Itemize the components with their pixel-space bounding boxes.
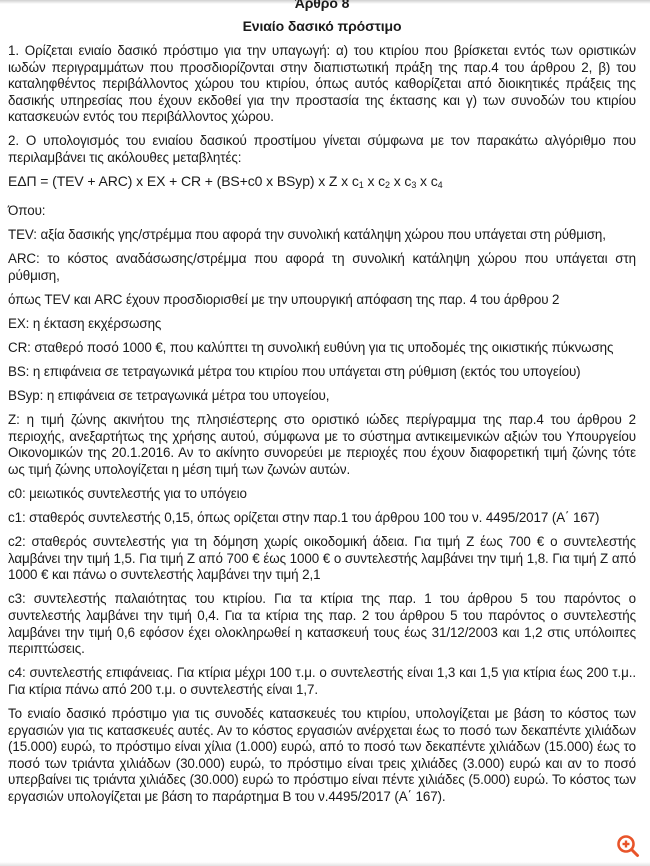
definition-z: Z: η τιμή ζώνης ακινήτου της πλησιέστερη…: [8, 412, 636, 478]
definition-tev: TEV: αξία δασικής γης/στρέμμα που αφορά …: [8, 227, 636, 244]
formula-main: ΕΔΠ = (TEV + ARC) x EX + CR + (BS+c0 x B…: [8, 173, 359, 189]
document-page: Άρθρο 8 Ενιαίο δασικό πρόστιμο 1. Ορίζετ…: [8, 0, 636, 813]
bottom-edge-shadow: [0, 862, 650, 866]
definition-c4: c4: συντελεστής επιφάνειας. Για κτίρια μ…: [8, 665, 636, 698]
paragraph-2: 2. Ο υπολογισμός του ενιαίου δασικού προ…: [8, 133, 636, 166]
where-label: Όπου:: [8, 203, 636, 220]
definition-bs: BS: η επιφάνεια σε τετραγωνικά μέτρα του…: [8, 364, 636, 381]
definition-ex: EX: η έκταση εκχέρσωσης: [8, 316, 636, 333]
zoom-in-icon: [616, 834, 640, 858]
paragraph-final: Το ενιαίο δασικό πρόστιμο για τις συνοδέ…: [8, 706, 636, 806]
definition-c0: c0: μειωτικός συντελεστής για το υπόγειο: [8, 486, 636, 503]
fine-formula: ΕΔΠ = (TEV + ARC) x EX + CR + (BS+c0 x B…: [8, 173, 636, 194]
zoom-in-button[interactable]: [616, 834, 640, 858]
definition-c1: c1: σταθερός συντελεστής 0,15, όπως ορίζ…: [8, 510, 636, 527]
paragraph-1: 1. Ορίζεται ενιαίο δασικό πρόστιμο για τ…: [8, 43, 636, 126]
definition-c2: c2: σταθερός συντελεστής για τη δόμηση χ…: [8, 534, 636, 584]
tev-arc-note: όπως TEV και ARC έχουν προσδιορισθεί με …: [8, 292, 636, 309]
definition-bsyp: BSyp: η επιφάνεια σε τετραγωνικά μέτρα τ…: [8, 388, 636, 405]
article-title: Ενιαίο δασικό πρόστιμο: [8, 18, 636, 35]
formula-mult-2: x c: [390, 173, 411, 189]
definition-c3: c3: συντελεστής παλαιότητας του κτιρίου.…: [8, 591, 636, 657]
formula-mult-3: x c: [416, 173, 437, 189]
formula-sub-4: 4: [438, 180, 443, 190]
article-number: Άρθρο 8: [8, 0, 636, 8]
definition-cr: CR: σταθερό ποσό 1000 €, που καλύπτει τη…: [8, 340, 636, 357]
definition-arc: ARC: το κόστος αναδάσωσης/στρέμμα που αφ…: [8, 251, 636, 284]
formula-mult-1: x c: [364, 173, 385, 189]
